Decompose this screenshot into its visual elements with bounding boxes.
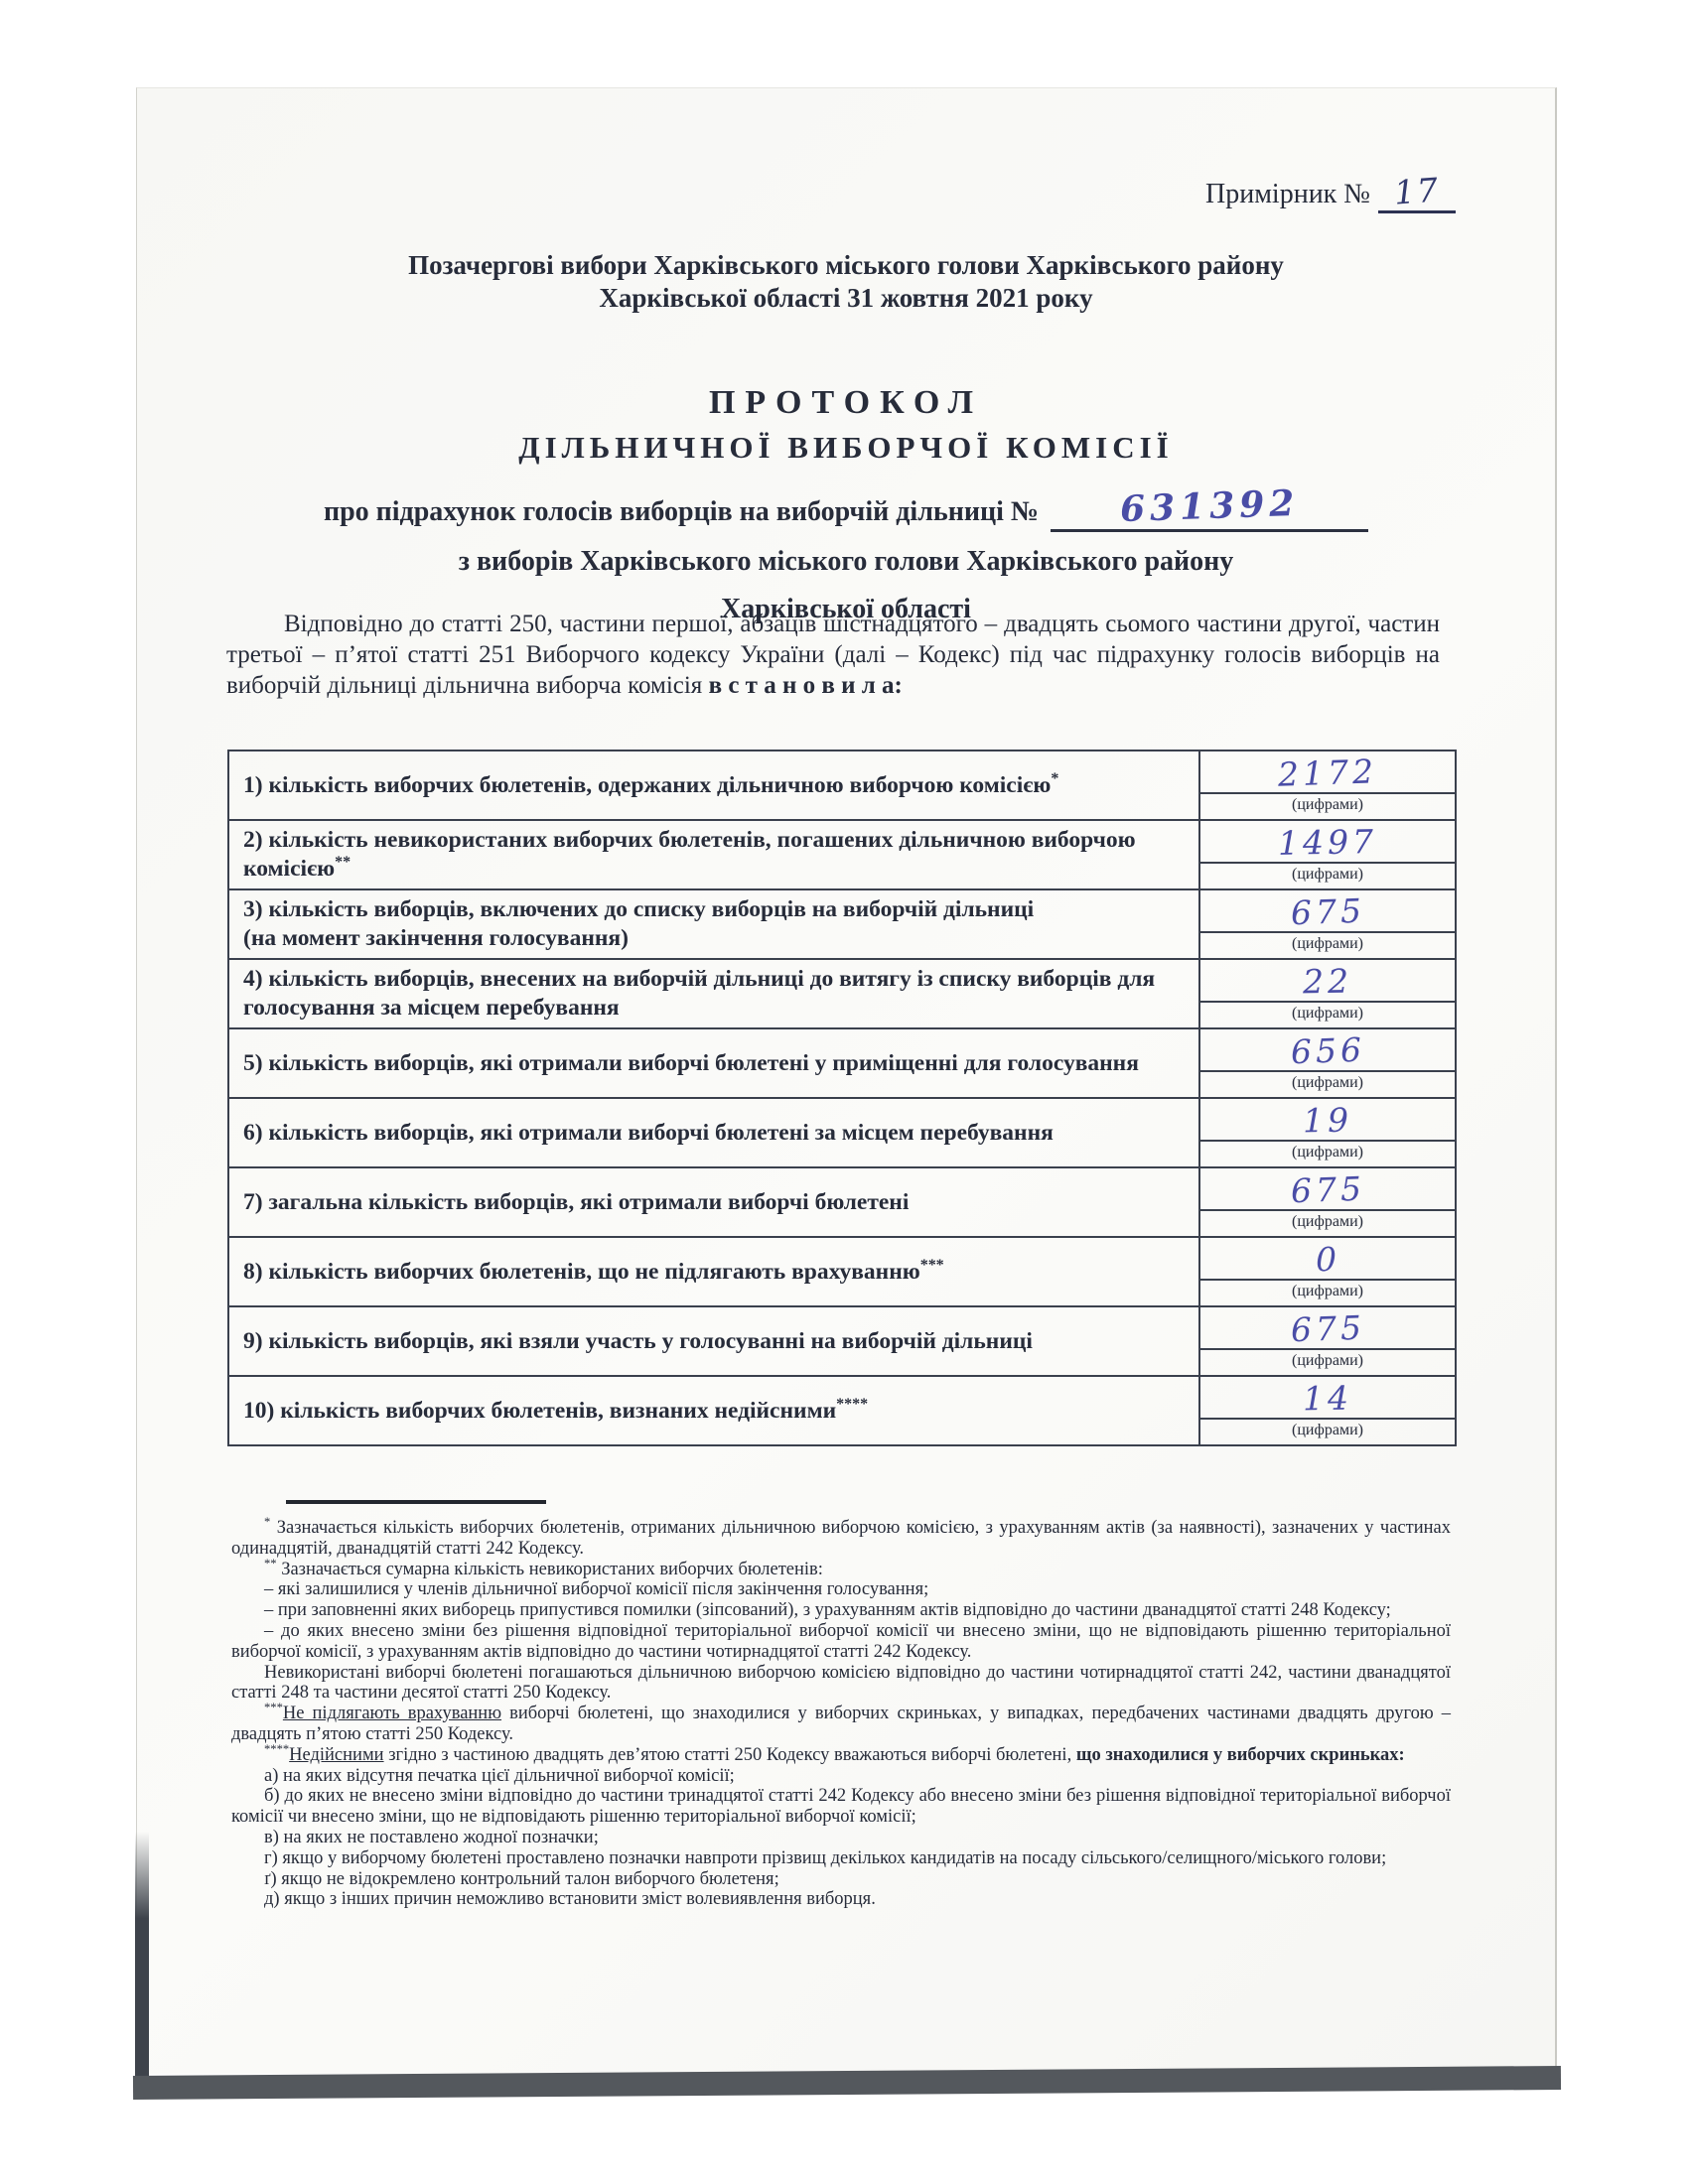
handwritten-value-line: 19 <box>1200 1099 1455 1142</box>
row-label: 10) кількість виборчих бюлетенів, визнан… <box>243 1398 836 1424</box>
footnote-1-text: Зазначається кількість виборчих бюлетені… <box>231 1518 1451 1559</box>
handwritten-value: 0 <box>1315 1240 1340 1279</box>
footnote-4-item-a: а) на яких відсутня печатка цієї дільнич… <box>231 1766 1451 1787</box>
row-label: 1) кількість виборчих бюлетенів, одержан… <box>243 772 1051 798</box>
handwritten-value: 22 <box>1303 962 1353 1002</box>
footnote-4-text: згідно з частиною двадцять дев’ятою стат… <box>384 1745 1076 1765</box>
table-row: 10) кількість виборчих бюлетенів, визнан… <box>229 1375 1455 1444</box>
table-row: 1) кількість виборчих бюлетенів, одержан… <box>229 751 1455 819</box>
footnote-4: ****Недійсними згідно з частиною двадцят… <box>231 1745 1451 1766</box>
footnote-separator-rule <box>286 1500 546 1504</box>
handwritten-value-line: 1497 <box>1200 821 1455 864</box>
election-header: Позачергові вибори Харківського міського… <box>137 249 1555 315</box>
digits-caption: (цифрами) <box>1200 933 1455 958</box>
row-label: 6) кількість виборців, які отримали вибо… <box>243 1120 1054 1146</box>
scanned-paper: Примірник №17 Позачергові вибори Харківс… <box>136 87 1557 2074</box>
handwritten-value: 675 <box>1290 891 1365 933</box>
digits-caption: (цифрами) <box>1200 1072 1455 1097</box>
handwritten-value-line: 675 <box>1200 890 1455 933</box>
row-value-cell: 14 (цифрами) <box>1200 1377 1455 1444</box>
digits-caption: (цифрами) <box>1200 1350 1455 1375</box>
protocol-title-block: ПРОТОКОЛ ДІЛЬНИЧНОЇ ВИБОРЧОЇ КОМІСІЇ про… <box>137 384 1555 625</box>
row-footnote-marker: * <box>1051 770 1058 787</box>
election-header-line1: Позачергові вибори Харківського міського… <box>137 249 1555 282</box>
exemplar-label: Примірник № <box>1205 179 1370 209</box>
scan-edge-shadow-left <box>135 1832 149 2080</box>
precinct-line: про підрахунок голосів виборців на вибор… <box>137 487 1555 532</box>
row-value-cell: 656 (цифрами) <box>1200 1029 1455 1097</box>
footnote-3-marker: *** <box>264 1701 283 1714</box>
row-value-cell: 22 (цифрами) <box>1200 960 1455 1027</box>
handwritten-value-line: 675 <box>1200 1168 1455 1211</box>
handwritten-value-line: 22 <box>1200 960 1455 1003</box>
digits-caption: (цифрами) <box>1200 1420 1455 1444</box>
footnote-4-item-b: б) до яких не внесено зміни відповідно д… <box>231 1786 1451 1828</box>
handwritten-value: 14 <box>1303 1379 1353 1419</box>
table-row: 7) загальна кількість виборців, які отри… <box>229 1166 1455 1236</box>
row-label: 9) кількість виборців, які взяли участь … <box>243 1328 1033 1354</box>
precinct-number-handwritten: 631392 <box>1119 482 1300 530</box>
exemplar-number-handwritten: 17 <box>1393 170 1442 211</box>
table-row: 9) кількість виборців, які взяли участь … <box>229 1305 1455 1375</box>
handwritten-value-line: 14 <box>1200 1377 1455 1420</box>
footnote-4-item-h: г) якщо у виборчому бюлетені проставлено… <box>231 1848 1451 1869</box>
footnote-2-text: Зазначається сумарна кількість невикорис… <box>277 1560 823 1579</box>
scan-page: { "colors": { "ink": "#4a4da6", "ink_dar… <box>0 0 1688 2184</box>
exemplar-line: Примірник №17 <box>1205 172 1456 213</box>
row-footnote-marker: **** <box>836 1396 868 1413</box>
precinct-line-text: про підрахунок голосів виборців на вибор… <box>324 496 1039 527</box>
digits-caption: (цифрами) <box>1200 1003 1455 1027</box>
footnote-3-underlined: Не підлягають врахуванню <box>283 1704 501 1723</box>
digits-caption: (цифрами) <box>1200 1142 1455 1166</box>
row-footnote-marker: *** <box>920 1257 944 1274</box>
footnote-2-closing: Невикористані виборчі бюлетені погашають… <box>231 1663 1451 1705</box>
protocol-title: ПРОТОКОЛ <box>137 384 1555 422</box>
row-label: 4) кількість виборців, внесених на вибор… <box>243 966 1155 1021</box>
precinct-blank-line: 631392 <box>1051 487 1368 532</box>
handwritten-value-line: 675 <box>1200 1307 1455 1350</box>
footnote-2-item-2: – при заповненні яких виборець припустив… <box>231 1600 1451 1621</box>
row-value-cell: 2172 (цифрами) <box>1200 751 1455 819</box>
exemplar-blank-line: 17 <box>1378 172 1456 213</box>
table-row: 6) кількість виборців, які отримали вибо… <box>229 1097 1455 1166</box>
row-value-cell: 675 (цифрами) <box>1200 1307 1455 1375</box>
results-table: 1) кількість виборчих бюлетенів, одержан… <box>227 750 1457 1446</box>
row-value-cell: 1497 (цифрами) <box>1200 821 1455 888</box>
row-value-cell: 0 (цифрами) <box>1200 1238 1455 1305</box>
protocol-subtitle: ДІЛЬНИЧНОЇ ВИБОРЧОЇ КОМІСІЇ <box>137 430 1555 466</box>
row-footnote-marker: ** <box>335 854 351 871</box>
footnote-2-marker: ** <box>264 1556 277 1570</box>
row-value-cell: 675 (цифрами) <box>1200 1168 1455 1236</box>
row-label: 3) кількість виборців, включених до спис… <box>243 896 1034 951</box>
footnote-4-bold: що знаходилися у виборчих скриньках: <box>1076 1745 1405 1765</box>
handwritten-value: 1497 <box>1278 822 1378 863</box>
digits-caption: (цифрами) <box>1200 1211 1455 1236</box>
handwritten-value: 675 <box>1290 1169 1365 1211</box>
handwritten-value: 2172 <box>1277 751 1377 793</box>
election-header-line2: Харківської області 31 жовтня 2021 року <box>137 282 1555 315</box>
row-value-cell: 19 (цифрами) <box>1200 1099 1455 1166</box>
footnote-4-item-g: ґ) якщо не відокремлено контрольний тало… <box>231 1869 1451 1890</box>
footnote-1: * Зазначається кількість виборчих бюлете… <box>231 1518 1451 1560</box>
footnote-4-underlined: Недійсними <box>289 1745 383 1765</box>
handwritten-value-line: 0 <box>1200 1238 1455 1281</box>
digits-caption: (цифрами) <box>1200 1281 1455 1305</box>
row-value-cell: 675 (цифрами) <box>1200 890 1455 958</box>
handwritten-value: 19 <box>1303 1101 1353 1141</box>
intro-paragraph: Відповідно до статті 250, частини першої… <box>226 609 1440 701</box>
row-label: 7) загальна кількість виборців, які отри… <box>243 1189 909 1215</box>
footnotes-section: * Зазначається кількість виборчих бюлете… <box>231 1518 1451 1910</box>
row-label: 2) кількість невикористаних виборчих бюл… <box>243 827 1136 882</box>
footnote-4-item-v: в) на яких не поставлено жодної позначки… <box>231 1828 1451 1848</box>
handwritten-value-line: 656 <box>1200 1029 1455 1072</box>
footnote-3: ***Не підлягають врахуванню виборчі бюле… <box>231 1704 1451 1745</box>
footnote-2-item-3: – до яких внесено зміни без рішення відп… <box>231 1621 1451 1663</box>
footnote-2-item-1: – які залишилися у членів дільничної виб… <box>231 1579 1451 1600</box>
handwritten-value-line: 2172 <box>1200 751 1455 794</box>
digits-caption: (цифрами) <box>1200 794 1455 819</box>
table-row: 5) кількість виборців, які отримали вибо… <box>229 1027 1455 1097</box>
row-label: 8) кількість виборчих бюлетенів, що не п… <box>243 1259 920 1285</box>
handwritten-value: 675 <box>1290 1308 1365 1350</box>
table-row: 4) кількість виборців, внесених на вибор… <box>229 958 1455 1027</box>
intro-emphasis: в с т а н о в и л а: <box>709 672 903 699</box>
row-label: 5) кількість виборців, які отримали вибо… <box>243 1050 1139 1076</box>
table-row: 3) кількість виборців, включених до спис… <box>229 888 1455 958</box>
handwritten-value: 656 <box>1290 1030 1365 1072</box>
footnote-2: ** Зазначається сумарна кількість невико… <box>231 1560 1451 1580</box>
footnote-4-item-d: д) якщо з інших причин неможливо встанов… <box>231 1889 1451 1910</box>
digits-caption: (цифрами) <box>1200 864 1455 888</box>
election-name-line: з виборів Харківського міського голови Х… <box>137 546 1555 578</box>
table-row: 2) кількість невикористаних виборчих бюл… <box>229 819 1455 888</box>
footnote-4-marker: **** <box>264 1742 289 1756</box>
table-row: 8) кількість виборчих бюлетенів, що не п… <box>229 1236 1455 1305</box>
